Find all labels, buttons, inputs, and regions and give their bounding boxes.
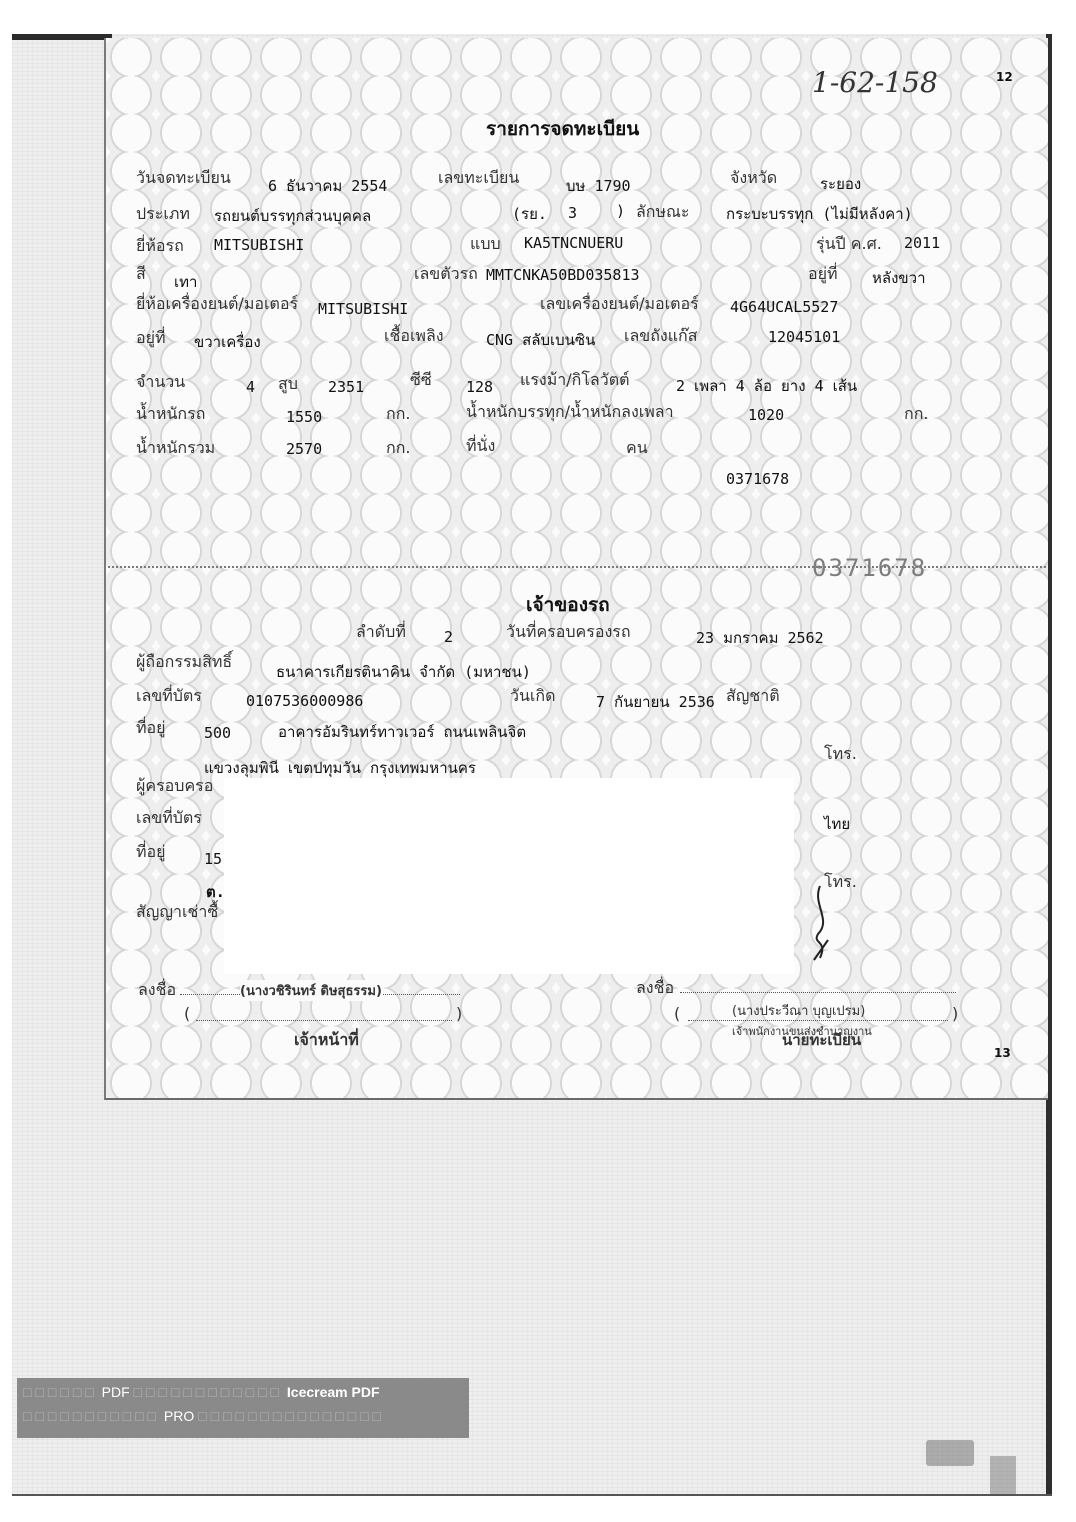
possessor-id-label: เลขที่บัตร	[136, 806, 202, 831]
chassis-location-label: อยู่ที่	[808, 262, 838, 287]
possess-date-label: วันที่ครอบครองรถ	[506, 620, 631, 645]
address-label: ที่อยู่	[136, 716, 166, 741]
nationality-label: สัญชาติ	[726, 684, 780, 709]
owner-title: เจ้าของรถ	[526, 590, 610, 620]
engine-brand-label: ยี่ห้อเครื่องยนต์/มอเตอร์	[136, 292, 298, 317]
total-weight-label: น้ำหนักรวม	[136, 436, 215, 461]
holder-value: ธนาคารเกียรตินาคิน จำกัด (มหาชน)	[276, 660, 531, 684]
chassis-label: เลขตัวรถ	[414, 262, 478, 287]
phone-label: โทร.	[824, 742, 857, 767]
color-label: สี	[136, 262, 146, 287]
id-label: เลขที่บัตร	[136, 684, 202, 709]
character-label: ลักษณะ	[636, 200, 689, 225]
reg-date-label: วันจดทะเบียน	[136, 166, 231, 191]
year-value: 2011	[904, 234, 940, 252]
right-role: นายทะเบียน	[782, 1028, 861, 1052]
cc-value: 2351	[328, 378, 364, 396]
watermark-boxes: □□□□□□□□□□□□□□□	[198, 1408, 385, 1424]
ry-close: )	[616, 202, 625, 220]
gas-tank-label: เลขถังแก๊ส	[624, 324, 697, 349]
handwritten-reference: 1-62-158	[812, 66, 938, 99]
right-sign-line	[680, 992, 956, 993]
count-label: จำนวน	[136, 370, 185, 395]
scan-edge-bottom	[12, 1494, 1052, 1496]
lease-label: สัญญาเช่าซื้	[136, 900, 218, 925]
right-signer-name: (นางประวีณา บุญเปรม)	[732, 1000, 865, 1021]
load-unit: กก.	[904, 402, 928, 427]
right-paren-close: )	[952, 1004, 958, 1023]
plate-value: บษ 1790	[566, 174, 631, 198]
possessor-address-label: ที่อยู่	[136, 840, 166, 865]
icecream-pdf-watermark: □□□□□□ PDF □□□□□□□□□□□□ Icecream PDF □□□…	[17, 1378, 469, 1438]
order-label: ลำดับที่	[356, 620, 406, 645]
scan-edge-top	[12, 34, 112, 40]
axles-wheels-value: 2 เพลา 4 ล้อ ยาง 4 เส้น	[676, 374, 857, 398]
right-name-line	[688, 1020, 948, 1021]
redacted-area	[224, 778, 794, 974]
engine-brand-value: MITSUBISHI	[318, 300, 408, 318]
watermark-boxes: □□□□□□	[23, 1384, 98, 1400]
engine-no-value: 4G64UCAL5527	[730, 298, 838, 316]
model-value: KA5TNCNUERU	[524, 234, 623, 252]
watermark-pdf: PDF	[102, 1384, 130, 1400]
address-line2: แขวงลุมพินี เขตปทุมวัน กรุงเทพมหานคร	[204, 756, 476, 780]
right-sign-label: ลงชื่อ	[636, 976, 674, 1001]
watermark-brand: Icecream PDF	[287, 1384, 380, 1400]
watermark-pro: PRO	[164, 1408, 194, 1424]
left-name-line	[196, 1020, 452, 1021]
possessor-label: ผู้ครอบครอ	[136, 774, 213, 799]
province-value: ระยอง	[820, 172, 861, 196]
province-label: จังหวัด	[730, 166, 777, 191]
page-number-bottom: 13	[994, 1046, 1011, 1060]
model-label: แบบ	[470, 232, 501, 257]
cylinders-label: สูบ	[278, 372, 298, 397]
engine-location-label: อยู่ที่	[136, 326, 166, 351]
plate-label: เลขทะเบียน	[438, 166, 519, 191]
birth-value: 7 กันยายน 2536	[596, 690, 715, 714]
fuel-label: เชื้อเพลิง	[384, 324, 444, 349]
possessor-nationality: ไทย	[824, 812, 850, 836]
persons-label: คน	[626, 436, 648, 461]
perforated-serial: 0371678	[812, 554, 927, 582]
total-weight-value: 2570	[286, 440, 322, 458]
scan-stain	[926, 1440, 974, 1466]
load-value: 1020	[748, 406, 784, 424]
left-signer-name: (นางวชิรินทร์ ดิษสุธรรม)	[240, 980, 382, 1001]
ry-value: 3	[568, 204, 577, 222]
hp-label: แรงม้า/กิโลวัตต์	[520, 368, 630, 393]
possess-date-value: 23 มกราคม 2562	[696, 626, 824, 650]
load-label: น้ำหนักบรรทุก/น้ำหนักลงเพลา	[466, 400, 674, 425]
left-paren-open: (	[184, 1004, 190, 1023]
left-role: เจ้าหน้าที่	[294, 1028, 359, 1053]
possessor-address-number: 15	[204, 850, 222, 868]
watermark-boxes: □□□□□□□□□□□□	[134, 1384, 283, 1400]
chassis-value: MMTCNKA50BD035813	[486, 266, 640, 284]
watermark-boxes: □□□□□□□□□□□	[23, 1408, 160, 1424]
id-value: 0107536000986	[246, 692, 363, 710]
seats-label: ที่นั่ง	[466, 434, 495, 459]
brand-value: MITSUBISHI	[214, 236, 304, 254]
year-label: รุ่นปี ค.ศ.	[816, 232, 882, 257]
address-line1: อาคารอัมรินทร์ทาวเวอร์ ถนนเพลินจิต	[278, 720, 526, 744]
engine-location-value: ขวาเครื่อง	[194, 330, 261, 354]
address-number: 500	[204, 724, 231, 742]
signature-scribble	[808, 884, 838, 964]
brand-label: ยี่ห้อรถ	[136, 234, 184, 259]
weight-unit: กก.	[386, 402, 410, 427]
cc-label: ซีซี	[410, 368, 432, 393]
type-label: ประเภท	[136, 202, 190, 227]
reg-date-value: 6 ธันวาคม 2554	[268, 174, 387, 198]
order-value: 2	[444, 628, 453, 646]
scan-stain	[990, 1456, 1016, 1494]
right-paren-open: (	[674, 1004, 680, 1023]
chassis-location-value: หลังขวา	[872, 266, 926, 290]
serial-number: 0371678	[726, 470, 789, 488]
gas-tank-value: 12045101	[768, 328, 840, 346]
hp-value: 128	[466, 378, 493, 396]
weight-value: 1550	[286, 408, 322, 426]
left-sign-label: ลงชื่อ	[138, 978, 176, 1003]
total-weight-unit: กก.	[386, 436, 410, 461]
page-number-top: 12	[996, 70, 1013, 84]
birth-label: วันเกิด	[510, 684, 555, 709]
registration-title: รายการจดทะเบียน	[486, 114, 639, 144]
holder-label: ผู้ถือกรรมสิทธิ์	[136, 650, 232, 675]
type-value: รถยนต์บรรทุกส่วนบุคคล	[214, 204, 371, 228]
character-value: กระบะบรรทุก (ไม่มีหลังคา)	[726, 202, 913, 226]
cylinders-value: 4	[246, 378, 255, 396]
left-paren-close: )	[456, 1004, 462, 1023]
color-value: เทา	[174, 270, 197, 294]
fuel-value: CNG สลับเบนซิน	[486, 328, 595, 352]
ry-open: (รย.	[512, 202, 547, 226]
engine-no-label: เลขเครื่องยนต์/มอเตอร์	[540, 292, 699, 317]
weight-label: น้ำหนักรถ	[136, 402, 205, 427]
